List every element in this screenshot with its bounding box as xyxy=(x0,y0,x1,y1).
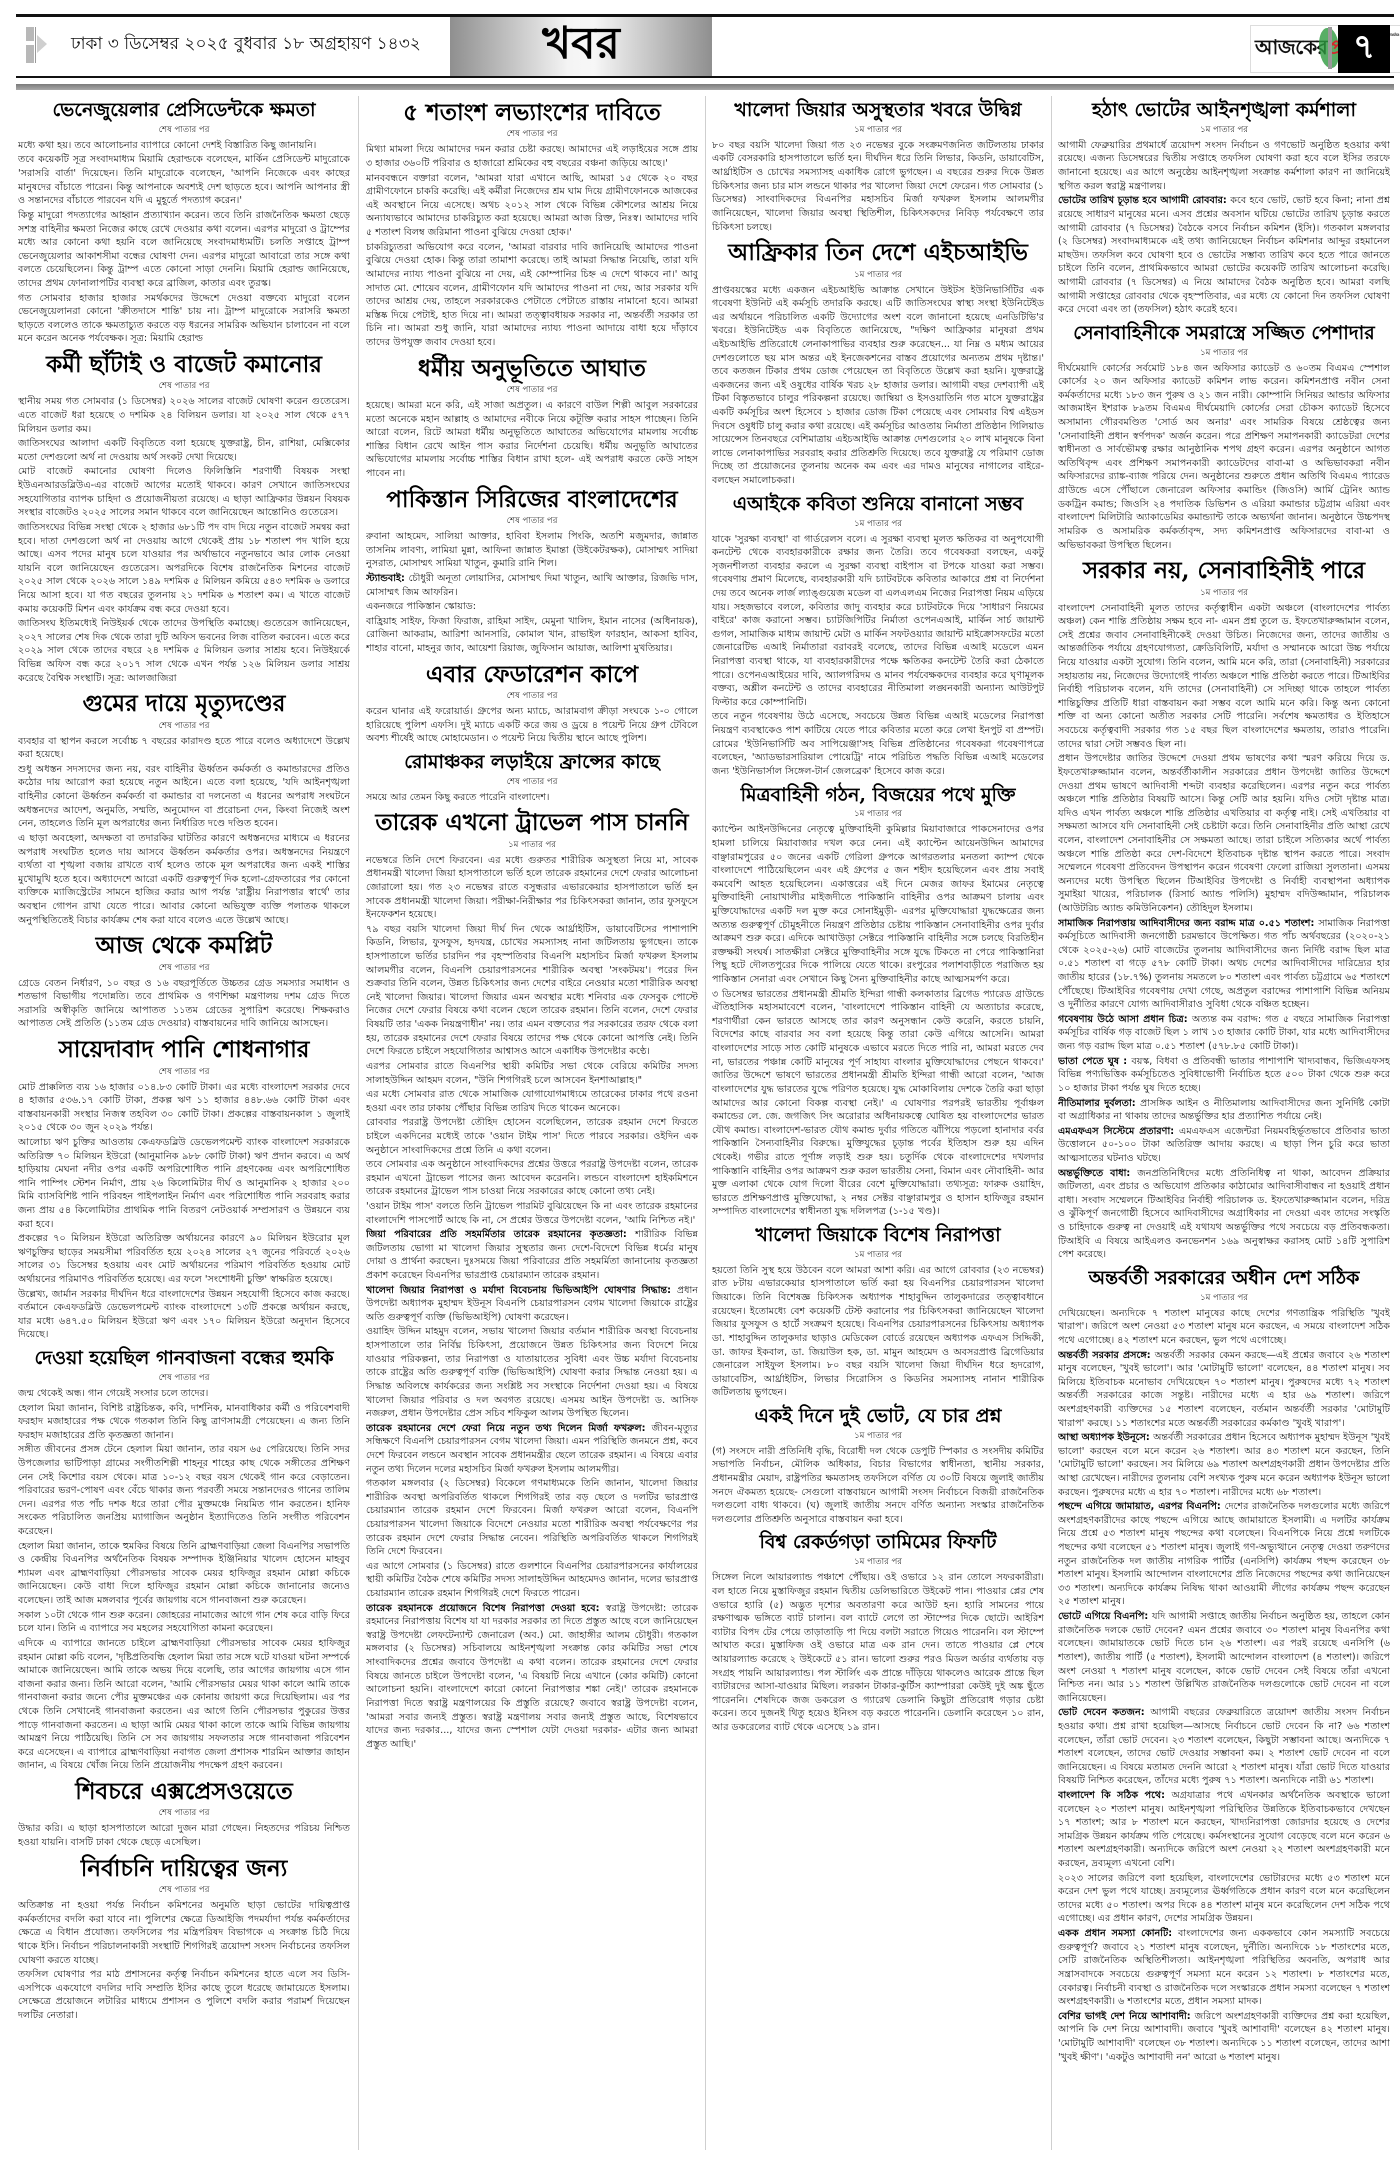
paragraph: জাতিসংঘ ইতিমধ্যেই নিউইয়র্ক থেকে তাদের উ… xyxy=(18,617,350,685)
article-body: যাকে 'সুরক্ষা ব্যবস্থা' বা গার্ডরেলস বলে… xyxy=(712,533,1044,779)
continuation-label: শেষ পাতার পর xyxy=(18,961,350,975)
paragraph: ৮০ বছর বয়সি খালেদা জিয়া গত ২৩ নভেম্বর … xyxy=(712,139,1044,234)
paragraph-lead: আস্থা অধ্যাপক ইউনূসে: xyxy=(1058,1432,1153,1443)
article: ভেনেজুয়েলার প্রেসিডেন্টকে ক্ষমতাশেষ পাত… xyxy=(18,100,350,346)
continuation-label: শেষ পাতার পর xyxy=(366,775,698,789)
paragraph: গতকাল মঙ্গলবার (২ ডিসেম্বর) বিকেলে গণমাধ… xyxy=(366,1477,698,1559)
paragraph: ৭৯ বছর বয়সি খালেদা জিয়া দীর্ঘ দিন থেকে… xyxy=(366,923,698,1059)
paragraph: শুধু অধস্তন সদস্যদের জন্য নয়, বরং বাহিন… xyxy=(18,763,350,831)
article-headline[interactable]: বিশ্ব রেকর্ডগড়া তামিমের ফিফটি xyxy=(712,1532,1044,1554)
article: এআইকে কবিতা শুনিয়ে বানানো সম্ভব১ম পাতার… xyxy=(712,494,1044,779)
paragraph: দীর্ঘমেয়াদি কোর্সের সর্বমোট ১৮৪ জন অফিস… xyxy=(1058,362,1390,553)
date-line: ঢাকা ৩ ডিসেম্বর ২০২৫ বুধবার ১৮ অগ্রহায়ণ… xyxy=(71,31,421,59)
column-1: ভেনেজুয়েলার প্রেসিডেন্টকে ক্ষমতাশেষ পাত… xyxy=(18,96,350,2150)
paragraph-lead: ভাতা পেতে ঘুষ : xyxy=(1058,1056,1131,1067)
paragraph: গবেষণায় উঠে আসা প্রধান চিত্র: অত্যন্ত ক… xyxy=(1058,1013,1390,1054)
article: পাকিস্তান সিরিজের বাংলাদেশেরশেষ পাতার পর… xyxy=(366,487,698,656)
continuation-label: ১ম পাতার পর xyxy=(712,517,1044,531)
paragraph: কিন্তু মাদুরো পদত্যাগের আহ্বান প্রত্যাখ্… xyxy=(18,209,350,291)
paragraph: ওয়াহিদ উদ্দিন মাহমুদ বলেন, সভায় খালেদা… xyxy=(366,1325,698,1420)
article-body: অতিক্রান্ত না হওয়া পর্যন্ত নির্বাচন কমি… xyxy=(18,1899,350,2022)
article-body: সিঙ্গেল নিলে আয়ারল্যান্ড পঞ্চাশে পৌঁছায… xyxy=(712,1571,1044,1734)
continuation-label: ১ম পাতার পর xyxy=(366,838,698,852)
paragraph-lead: পছন্দে এগিয়ে জামায়াত, এরপর বিএনপি: xyxy=(1058,1501,1225,1512)
article-headline[interactable]: রোমাঞ্চকর লড়াইয়ে ফ্রান্সের কাছে xyxy=(366,752,698,774)
continuation-label: ১ম পাতার পর xyxy=(1058,586,1390,600)
paragraph: তবে সোমবার এক অনুষ্ঠানে সাংবাদিকদের প্রশ… xyxy=(366,1158,698,1199)
article-headline[interactable]: দেওয়া হয়েছিল গানবাজনা বন্ধের হুমকি xyxy=(18,1348,350,1370)
paragraph-lead: ভোট দেবেন কতজন: xyxy=(1058,1707,1150,1718)
article-body: আগামী ফেব্রুয়ারির প্রথমার্ধে ত্রয়োদশ স… xyxy=(1058,139,1390,317)
continuation-label: শেষ পাতার পর xyxy=(18,1883,350,1897)
column-3: খালেদা জিয়ার অসুস্থতার খবরে উদ্বিগ্ন১ম … xyxy=(712,96,1044,2150)
paragraph: ব্যবহার বা স্থাপন করলে সর্বোচ্চ ৭ বছরের … xyxy=(18,735,350,762)
paragraph-lead: এমএফএস সিস্টেমে প্রতারণা: xyxy=(1058,1126,1179,1137)
article-headline[interactable]: সায়েদাবাদ পানি শোধনাগার xyxy=(18,1037,350,1063)
paragraph: একনজরে পাকিস্তান স্কোয়াড: xyxy=(366,600,698,614)
article-body: ৮০ বছর বয়সি খালেদা জিয়া গত ২৩ নভেম্বর … xyxy=(712,139,1044,234)
continuation-label: ১ম পাতার পর xyxy=(1058,123,1390,137)
article-headline[interactable]: ধর্মীয় অনুভূতিতে আঘাত xyxy=(366,356,698,382)
article-body: দীর্ঘমেয়াদি কোর্সের সর্বমোট ১৮৪ জন অফিস… xyxy=(1058,362,1390,553)
paragraph: অতিক্রান্ত না হওয়া পর্যন্ত নির্বাচন কমি… xyxy=(18,1899,350,1967)
article: একই দিনে দুই ভোট, যে চার প্রশ্ন১ম পাতার … xyxy=(712,1406,1044,1527)
paragraph: সামাজিক নিরাপত্তায় আদিবাসীদের জন্য বরাদ… xyxy=(1058,917,1390,1012)
continuation-label: শেষ পাতার পর xyxy=(18,1371,350,1385)
article-body: ব্যবহার বা স্থাপন করলে সর্বোচ্চ ৭ বছরের … xyxy=(18,735,350,928)
paragraph: আলোচ্য ঋণ চুক্তির আওতায় কেএফডব্লিউ ডেভে… xyxy=(18,1136,350,1231)
article-headline[interactable]: এবার ফেডারেশন কাপে xyxy=(366,662,698,688)
masthead-divider xyxy=(1328,27,1332,69)
paragraph: জাতিসংঘের আলাদা একটি বিবৃতিতে বলা হয়েছে… xyxy=(18,437,350,464)
article-headline[interactable]: ভেনেজুয়েলার প্রেসিডেন্টকে ক্ষমতা xyxy=(18,100,350,122)
article-body: উদ্ধার করি। এ ছাড়া হাসপাতালে আরো দুজন ম… xyxy=(18,1822,350,1849)
paragraph-lead: স্ট্যান্ডবাই: xyxy=(366,573,409,584)
continuation-label: শেষ পাতার পর xyxy=(18,1806,350,1820)
continuation-label: শেষ পাতার পর xyxy=(366,689,698,703)
paragraph: তারেক রহমানের দেশে ফেরা নিয়ে নতুন তথ্য … xyxy=(366,1422,698,1476)
paragraph: যাকে 'সুরক্ষা ব্যবস্থা' বা গার্ডরেলস বলে… xyxy=(712,533,1044,710)
continuation-label: শেষ পাতার পর xyxy=(366,127,698,141)
paragraph: সিঙ্গেল নিলে আয়ারল্যান্ড পঞ্চাশে পৌঁছায… xyxy=(712,1571,1044,1734)
masthead: ঢাকা ৩ ডিসেম্বর ২০২৫ বুধবার ১৮ অগ্রহায়ণ… xyxy=(16,14,1394,78)
column-divider xyxy=(358,96,359,2150)
article: খালেদা জিয়াকে বিশেষ নিরাপত্তা১ম পাতার প… xyxy=(712,1225,1044,1400)
article-body: মধ্যে কথা হয়। তবে আলোচনার ব্যাপারে কোনো… xyxy=(18,139,350,346)
continuation-label: শেষ পাতার পর xyxy=(18,719,350,733)
continuation-label: ১ম পাতার পর xyxy=(712,1248,1044,1262)
article: নির্বাচনি দায়িত্বের জন্যশেষ পাতার পরঅতি… xyxy=(18,1856,350,2023)
article-body: মোট প্রাক্কলিত ব্যয় ১৬ হাজার ০১৪.৮৩ কোট… xyxy=(18,1081,350,1343)
paragraph: আস্থা অধ্যাপক ইউনূসে: অন্তর্বর্তী সরকারে… xyxy=(1058,1431,1390,1499)
paragraph-lead: একক প্রধান সমস্যা কোনটি: xyxy=(1058,1928,1178,1939)
paragraph-lead: তারেক রহমানকে প্রয়োজনে বিশেষ নিরাপত্তা … xyxy=(366,1603,606,1614)
column-2: ৫ শতাংশ লভ্যাংশের দাবিতেশেষ পাতার পরমিথ্… xyxy=(366,96,698,2150)
paragraph: হয়তো তিনি সুস্থ হয়ে উঠবেন বলে আমরা আশা… xyxy=(712,1264,1044,1400)
paragraph: দেখিয়েছেন। অন্যদিকে ৭ শতাংশ মানুষের কাছ… xyxy=(1058,1307,1390,1348)
paragraph-lead: নীতিমালার দুর্বলতা: xyxy=(1058,1098,1140,1109)
paragraph: পছন্দে এগিয়ে জামায়াত, এরপর বিএনপি: দেশ… xyxy=(1058,1500,1390,1609)
article: গুমের দায়ে মৃত্যুদণ্ডেরশেষ পাতার পরব্যব… xyxy=(18,691,350,927)
article-body: রুবানা আহমেদ, সালিয়া আক্তার, হাবিবা ইসল… xyxy=(366,530,698,655)
article-headline[interactable]: সরকার নয়, সেনাবাহিনীই পারে xyxy=(1058,558,1390,584)
article: শিবচরে এক্সপ্রেসওয়েতেশেষ পাতার পরউদ্ধার… xyxy=(18,1779,350,1850)
paragraph: অন্তর্বর্তী সরকার প্রসঙ্গে: অন্তর্বর্তী … xyxy=(1058,1349,1390,1431)
paragraph: মিথ্যা মামলা দিয়ে আমাদের দমন করার চেষ্ট… xyxy=(366,143,698,170)
paragraph: জন্ম থেকেই অন্ধ। গান গেয়েই সংসার চলে তা… xyxy=(18,1387,350,1401)
article: সেনাবাহিনীকে সমরাস্ত্রে সজ্জিত পেশাদার১ম… xyxy=(1058,323,1390,552)
continuation-label: শেষ পাতার পর xyxy=(366,514,698,528)
paragraph: হেলাল মিয়া জানান, তাকে হুমকির বিষয়ে তি… xyxy=(18,1540,350,1608)
paragraph-lead: গবেষণায় উঠে আসা প্রধান চিত্র: xyxy=(1058,1014,1192,1025)
paragraph: ভোটে এগিয়ে বিএনপি: যদি আগামী সপ্তাহে জা… xyxy=(1058,1610,1390,1705)
article: এবার ফেডারেশন কাপেশেষ পাতার পরকরেন ঘানার… xyxy=(366,662,698,746)
article-headline[interactable]: মিত্রবাহিনী গঠন, বিজয়ের পথে মুক্তি xyxy=(712,785,1044,807)
paragraph: প্রকল্পের ৭০ মিলিয়ন ইউরো অতিরিক্ত অর্থা… xyxy=(18,1232,350,1286)
article: আফ্রিকার তিন দেশে এইচআইভি১ম পাতার পরপ্রা… xyxy=(712,240,1044,488)
continuation-label: ১ম পাতার পর xyxy=(712,1429,1044,1443)
article-headline[interactable]: একই দিনে দুই ভোট, যে চার প্রশ্ন xyxy=(712,1406,1044,1428)
continuation-label: ১ম পাতার পর xyxy=(1058,1291,1390,1305)
column-divider xyxy=(705,96,706,2150)
article-body: নভেম্বরে তিনি দেশে ফিরবেন। এর মধ্যে গুরু… xyxy=(366,854,698,1752)
paragraph: জাতিসংঘের বিভিন্ন সংস্থা থেকে ২ হাজার ৬৮… xyxy=(18,521,350,616)
continuation-label: ১ম পাতার পর xyxy=(712,1555,1044,1569)
column-4: হঠাৎ ভোটের আইনশৃঙ্খলা কর্মশালা১ম পাতার প… xyxy=(1058,96,1390,2150)
article: আজ থেকে কমপ্লিটশেষ পাতার পরগ্রেডে বেতন ন… xyxy=(18,933,350,1031)
paragraph: তবে নতুন গবেষণায় উঠে এসেছে, সবচেয়ে উন্… xyxy=(712,710,1044,778)
article: ৫ শতাংশ লভ্যাংশের দাবিতেশেষ পাতার পরমিথ্… xyxy=(366,100,698,350)
paragraph: ২০২৩ সালের জরিপে বলা হয়েছিল, বাংলাদেশের… xyxy=(1058,1872,1390,1926)
article-headline[interactable]: অন্তর্বর্তী সরকারের অধীন দেশ সঠিক xyxy=(1058,1268,1390,1290)
paragraph: বাহ্রিয়াহ সাইফ, ফিজা ফিরাজ, রাহিমা সাইদ… xyxy=(366,615,698,656)
page-number: ৭ xyxy=(1338,25,1390,73)
continuation-label: ১ম পাতার পর xyxy=(712,268,1044,282)
article: মিত্রবাহিনী গঠন, বিজয়ের পথে মুক্তি১ম পা… xyxy=(712,785,1044,1220)
article: দেওয়া হয়েছিল গানবাজনা বন্ধের হুমকিশেষ … xyxy=(18,1348,350,1773)
article-columns: ভেনেজুয়েলার প্রেসিডেন্টকে ক্ষমতাশেষ পাত… xyxy=(18,96,1390,2150)
article-body: বাংলাদেশ সেনাবাহিনী মূলত তাদের কর্তৃত্বা… xyxy=(1058,602,1390,1262)
article-body: সময়ে আর তেমন কিছু করতে পারেনি বাংলাদেশ। xyxy=(366,791,698,805)
paragraph: এ ছাড়া অবহেলা, অদক্ষতা বা তদারকির ঘাটতি… xyxy=(18,832,350,927)
paragraph: রোববার পররাষ্ট্র উপদেষ্টা তৌহিদ হোসেন বল… xyxy=(366,1116,698,1157)
paragraph: বেশির ভাগই দেশ নিয়ে আশাবাদী: জরিপে অংশগ… xyxy=(1058,2010,1390,2064)
article-headline[interactable]: হঠাৎ ভোটের আইনশৃঙ্খলা কর্মশালা xyxy=(1058,100,1390,122)
paragraph-lead: অন্তর্বর্তী সরকার প্রসঙ্গে: xyxy=(1058,1350,1155,1361)
article-headline[interactable]: এআইকে কবিতা শুনিয়ে বানানো সম্ভব xyxy=(712,494,1044,516)
article: কর্মী ছাঁটাই ও বাজেট কমানোরশেষ পাতার পরস… xyxy=(18,352,350,685)
article-headline[interactable]: তারেক এখনো ট্রাভেল পাস চাননি xyxy=(366,810,698,836)
paragraph-lead: তারেক রহমানের দেশে ফেরা নিয়ে নতুন তথ্য … xyxy=(366,1423,652,1434)
paragraph: স্থানীয় সময় গত সোমবার (১ ডিসেম্বর) ২০২… xyxy=(18,395,350,436)
header-rule xyxy=(16,84,1394,90)
continuation-label: ১ম পাতার পর xyxy=(712,807,1044,821)
article-headline[interactable]: ৫ শতাংশ লভ্যাংশের দাবিতে xyxy=(366,100,698,126)
paragraph: 'ওয়ান টাইম পাস' বলতে তিনি ট্রাভেল পারমি… xyxy=(366,1200,698,1227)
article-headline[interactable]: সেনাবাহিনীকে সমরাস্ত্রে সজ্জিত পেশাদার xyxy=(1058,323,1390,345)
paragraph: হেলাল মিয়া জানান, বিশিষ্ট রাষ্ট্রচিন্তক… xyxy=(18,1402,350,1443)
article-headline[interactable]: আফ্রিকার তিন দেশে এইচআইভি xyxy=(712,240,1044,266)
paragraph: মোট বাজেট কমানোর ঘোষণা দিলেও ফিলিস্তিনি … xyxy=(18,465,350,519)
article-body: করেন ঘানার এই ফরোয়ার্ড। গ্রুপের অন্য ম্… xyxy=(366,705,698,746)
paragraph: গ্রেডে বেতন নির্ধারণ, ১০ বছর ও ১৬ বছরপূর… xyxy=(18,977,350,1031)
paragraph-lead: ভোটের তারিখ চূড়ান্ত হবে আগামী রোববার: xyxy=(1058,195,1230,206)
article-body: প্রাপ্তবয়স্কের মধ্যে একজন এইচআইভি আক্রা… xyxy=(712,284,1044,488)
continuation-label: শেষ পাতার পর xyxy=(18,379,350,393)
paragraph: বাংলাদেশ সেনাবাহিনী মূলত তাদের কর্তৃত্বা… xyxy=(1058,602,1390,752)
section-marker-icon xyxy=(26,27,52,63)
paragraph: ভোটের তারিখ চূড়ান্ত হবে আগামী রোববার: ক… xyxy=(1058,194,1390,316)
article-headline[interactable]: নির্বাচনি দায়িত্বের জন্য xyxy=(18,1856,350,1882)
paragraph: খালেদা জিয়ার নিরাপত্তা ও মর্যাদা বিবেচন… xyxy=(366,1284,698,1325)
paragraph: আগামী ফেব্রুয়ারির প্রথমার্ধে ত্রয়োদশ স… xyxy=(1058,139,1390,193)
article-headline[interactable]: পাকিস্তান সিরিজের বাংলাদেশের xyxy=(366,487,698,513)
paragraph: হয়েছে। আমরা মনে করি, এই সাজা অপ্রতুল। এ… xyxy=(366,399,698,481)
article: হঠাৎ ভোটের আইনশৃঙ্খলা কর্মশালা১ম পাতার প… xyxy=(1058,100,1390,317)
article-body: (গ) সংসদে নারী প্রতিনিধি বৃদ্ধি, বিরোধী … xyxy=(712,1445,1044,1527)
column-divider xyxy=(1051,96,1052,2150)
article: রোমাঞ্চকর লড়াইয়ে ফ্রান্সের কাছেশেষ পাত… xyxy=(366,752,698,804)
paragraph: বাংলাদেশ কি সঠিক পথে: অগ্রযাত্রার পথে এখ… xyxy=(1058,1789,1390,1871)
continuation-label: শেষ পাতার পর xyxy=(18,123,350,137)
paragraph: চাকরিচ্যুতরা অভিযোগ করে বলেন, 'আমরা বারব… xyxy=(366,241,698,350)
paragraph: মধ্যে কথা হয়। তবে আলোচনার ব্যাপারে কোনো… xyxy=(18,139,350,153)
paragraph: স্ট্যান্ডবাই: চৌধুরী অনূতা লোয়াসির, মোস… xyxy=(366,572,698,599)
paragraph: (গ) সংসদে নারী প্রতিনিধি বৃদ্ধি, বিরোধী … xyxy=(712,1445,1044,1527)
continuation-label: শেষ পাতার পর xyxy=(18,1065,350,1079)
paragraph: মোট প্রাক্কলিত ব্যয় ১৬ হাজার ০১৪.৮৩ কোট… xyxy=(18,1081,350,1135)
paragraph: এমএফএস সিস্টেমে প্রতারণা: এমএফএস এজেন্টর… xyxy=(1058,1125,1390,1166)
paragraph-lead: জিয়া পরিবারের প্রতি সহমর্মিতার তারেক রহ… xyxy=(366,1229,635,1240)
paragraph: জিয়া পরিবারের প্রতি সহমর্মিতার তারেক রহ… xyxy=(366,1228,698,1282)
section-title: খবর xyxy=(450,17,712,76)
continuation-label: ১ম পাতার পর xyxy=(712,123,1044,137)
paragraph: ভাতা পেতে ঘুষ : বয়স্ক, বিধবা ও প্রতিবন্… xyxy=(1058,1055,1390,1096)
paragraph: ৩ ডিসেম্বর ভারতের প্রধানমন্ত্রী শ্রীমতি … xyxy=(712,988,1044,1219)
article-body: ক্যাপ্টেন আইনউদ্দিনের নেতৃত্বে মুক্তিবাহ… xyxy=(712,823,1044,1219)
continuation-label: ১ম পাতার পর xyxy=(1058,346,1390,360)
article-body: গ্রেডে বেতন নির্ধারণ, ১০ বছর ও ১৬ বছরপূর… xyxy=(18,977,350,1031)
logo-text-primary: আজকের xyxy=(1255,33,1327,66)
article: সরকার নয়, সেনাবাহিনীই পারে১ম পাতার পরবা… xyxy=(1058,558,1390,1262)
paragraph: গত সোমবার হাজার হাজার সমর্থকদের উদ্দেশে … xyxy=(18,292,350,346)
article: বিশ্ব রেকর্ডগড়া তামিমের ফিফটি১ম পাতার প… xyxy=(712,1532,1044,1734)
article-body: মিথ্যা মামলা দিয়ে আমাদের দমন করার চেষ্ট… xyxy=(366,143,698,349)
paragraph: নীতিমালার দুর্বলতা: প্রাসঙ্গিক আইন ও নীত… xyxy=(1058,1097,1390,1124)
paragraph: এরপর সোমবার রাতে বিএনপির স্থায়ী কমিটির … xyxy=(366,1060,698,1087)
paragraph: অন্তর্ভুক্তিতে বাধা: জনপ্রতিনিধিদের মধ্য… xyxy=(1058,1167,1390,1262)
continuation-label: শেষ পাতার পর xyxy=(366,383,698,397)
paragraph: তারেক রহমানকে প্রয়োজনে বিশেষ নিরাপত্তা … xyxy=(366,1602,698,1752)
article-headline[interactable]: খালেদা জিয়াকে বিশেষ নিরাপত্তা xyxy=(712,1225,1044,1247)
article: খালেদা জিয়ার অসুস্থতার খবরে উদ্বিগ্ন১ম … xyxy=(712,100,1044,234)
paragraph: সময়ে আর তেমন কিছু করতে পারেনি বাংলাদেশ। xyxy=(366,791,698,805)
article-headline[interactable]: গুমের দায়ে মৃত্যুদণ্ডের xyxy=(18,691,350,717)
paragraph-lead: সামাজিক নিরাপত্তায় আদিবাসীদের জন্য বরাদ… xyxy=(1058,918,1318,929)
paragraph: তফসিল ঘোষণার পর মাঠ প্রশাসনের কর্তৃত্ব ন… xyxy=(18,1968,350,2022)
article-body: দেখিয়েছেন। অন্যদিকে ৭ শতাংশ মানুষের কাছ… xyxy=(1058,1307,1390,2065)
paragraph: রুবানা আহমেদ, সালিয়া আক্তার, হাবিবা ইসল… xyxy=(366,530,698,571)
paragraph: প্রধান উপদেষ্টার জাতির উদ্দেশে দেওয়া প্… xyxy=(1058,752,1390,915)
paragraph: করেন ঘানার এই ফরোয়ার্ড। গ্রুপের অন্য ম্… xyxy=(366,705,698,746)
paragraph: উদ্ধার করি। এ ছাড়া হাসপাতালে আরো দুজন ম… xyxy=(18,1822,350,1849)
article-body: জন্ম থেকেই অন্ধ। গান গেয়েই সংসার চলে তা… xyxy=(18,1387,350,1773)
article-body: স্থানীয় সময় গত সোমবার (১ ডিসেম্বর) ২০২… xyxy=(18,395,350,685)
paragraph-lead: খালেদা জিয়ার নিরাপত্তা ও মর্যাদা বিবেচন… xyxy=(366,1285,677,1296)
article: সায়েদাবাদ পানি শোধনাগারশেষ পাতার পরমোট … xyxy=(18,1037,350,1342)
article-headline[interactable]: আজ থেকে কমপ্লিট xyxy=(18,933,350,959)
paragraph: সঙ্গীত জীবনের প্রসঙ্গ টেনে হেলাল মিয়া জ… xyxy=(18,1443,350,1538)
article-headline[interactable]: কর্মী ছাঁটাই ও বাজেট কমানোর xyxy=(18,352,350,378)
paragraph: তবে কয়েকটি সূত্র সংবাদমাধ্যম মিয়ামি হে… xyxy=(18,153,350,207)
paragraph: ভোট দেবেন কতজন: আগামী বছরের ফেব্রুয়ারিত… xyxy=(1058,1706,1390,1788)
article: তারেক এখনো ট্রাভেল পাস চাননি১ম পাতার পরন… xyxy=(366,810,698,1751)
paragraph: মানববন্ধনে বক্তারা বলেন, 'আমরা যারা এখান… xyxy=(366,172,698,240)
paragraph: সকাল ১০টা থেকে গান শুরু করেন। জোহরের নাম… xyxy=(18,1609,350,1636)
paragraph: এর মধ্যে সোমবার রাত থেকে সামাজিক যোগাযোগ… xyxy=(366,1088,698,1115)
paragraph: ক্যাপ্টেন আইনউদ্দিনের নেতৃত্বে মুক্তিবাহ… xyxy=(712,823,1044,986)
paragraph: এদিকে এ ব্যাপারে জানতে চাইলে ব্রাহ্মণবাড… xyxy=(18,1637,350,1773)
article-body: হয়েছে। আমরা মনে করি, এই সাজা অপ্রতুল। এ… xyxy=(366,399,698,481)
paragraph: একক প্রধান সমস্যা কোনটি: বাংলাদেশের জন্য… xyxy=(1058,1927,1390,2009)
paragraph-lead: ভোটে এগিয়ে বিএনপি: xyxy=(1058,1611,1152,1622)
article: অন্তর্বর্তী সরকারের অধীন দেশ সঠিক১ম পাতা… xyxy=(1058,1268,1390,2064)
paragraph-lead: বেশির ভাগই দেশ নিয়ে আশাবাদী: xyxy=(1058,2011,1195,2022)
paragraph-lead: বাংলাদেশ কি সঠিক পথে: xyxy=(1058,1790,1171,1801)
paragraph: প্রাপ্তবয়স্কের মধ্যে একজন এইচআইভি আক্রা… xyxy=(712,284,1044,488)
paragraph-lead: অন্তর্ভুক্তিতে বাধা: xyxy=(1058,1168,1137,1179)
article-headline[interactable]: শিবচরে এক্সপ্রেসওয়েতে xyxy=(18,1779,350,1805)
paragraph: নভেম্বরে তিনি দেশে ফিরবেন। এর মধ্যে গুরু… xyxy=(366,854,698,922)
paragraph: এর আগে সোমবার (১ ডিসেম্বর) রাতে গুলশানে … xyxy=(366,1560,698,1601)
article: ধর্মীয় অনুভূতিতে আঘাতশেষ পাতার পরহয়েছে… xyxy=(366,356,698,481)
paragraph: উল্লেখ্য, জার্মান সরকার দীর্ঘদিন ধরে বাং… xyxy=(18,1288,350,1342)
article-body: হয়তো তিনি সুস্থ হয়ে উঠবেন বলে আমরা আশা… xyxy=(712,1264,1044,1400)
article-headline[interactable]: খালেদা জিয়ার অসুস্থতার খবরে উদ্বিগ্ন xyxy=(712,100,1044,122)
